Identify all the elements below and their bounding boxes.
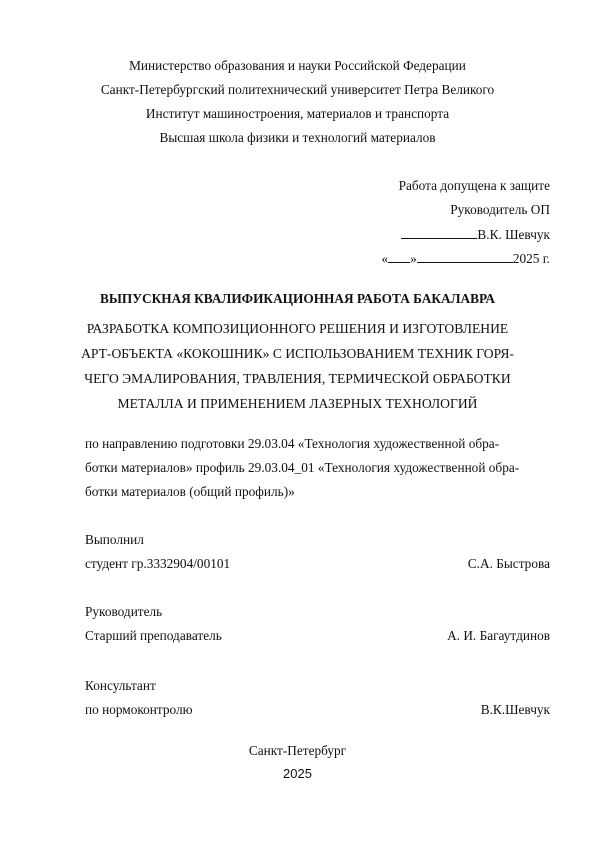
- title-page: Министерство образования и науки Российс…: [0, 0, 595, 841]
- institute-line: Институт машиностроения, материалов и тр…: [0, 106, 595, 122]
- advisor-role: Руководитель: [85, 604, 162, 620]
- work-type-title: ВЫПУСКНАЯ КВАЛИФИКАЦИОННАЯ РАБОТА БАКАЛА…: [0, 291, 595, 307]
- performer-name: С.А. Быстрова: [468, 556, 550, 572]
- supervisor-title: Руководитель ОП: [450, 202, 550, 218]
- quote-close: »: [410, 251, 417, 266]
- direction-line-3: ботки материалов (общий профиль)»: [85, 484, 295, 500]
- supervisor-name: В.К. Шевчук: [477, 227, 550, 242]
- date-line: «»2025 г.: [381, 250, 550, 267]
- topic-line-1: РАЗРАБОТКА КОМПОЗИЦИОННОГО РЕШЕНИЯ И ИЗГ…: [0, 321, 595, 337]
- performer-role: Выполнил: [85, 532, 144, 548]
- advisor-name: А. И. Багаутдинов: [447, 628, 550, 644]
- approval-year: 2025 г.: [513, 251, 550, 266]
- university-line: Санкт-Петербургский политехнический унив…: [0, 82, 595, 98]
- footer-year: 2025: [0, 766, 595, 782]
- supervisor-signature-line: В.К. Шевчук: [401, 226, 550, 243]
- topic-line-2: АРТ-ОБЪЕКТА «КОКОШНИК» С ИСПОЛЬЗОВАНИЕМ …: [0, 346, 595, 362]
- topic-line-4: МЕТАЛЛА И ПРИМЕНЕНИЕМ ЛАЗЕРНЫХ ТЕХНОЛОГИ…: [0, 396, 595, 412]
- direction-line-1: по направлению подготовки 29.03.04 «Техн…: [85, 436, 499, 452]
- signature-blank: [421, 226, 477, 239]
- topic-line-3: ЧЕГО ЭМАЛИРОВАНИЯ, ТРАВЛЕНИЯ, ТЕРМИЧЕСКО…: [0, 371, 595, 387]
- consultant-name: В.К.Шевчук: [481, 702, 550, 718]
- month-blank: [417, 250, 513, 263]
- ministry-line: Министерство образования и науки Российс…: [0, 58, 595, 74]
- signature-blank-short: [401, 226, 421, 239]
- direction-line-2: ботки материалов» профиль 29.03.04_01 «Т…: [85, 460, 519, 476]
- admitted-text: Работа допущена к защите: [399, 178, 550, 194]
- quote-open: «: [381, 251, 388, 266]
- day-blank: [388, 250, 410, 263]
- consultant-role: Консультант: [85, 678, 156, 694]
- school-line: Высшая школа физики и технологий материа…: [0, 130, 595, 146]
- advisor-position: Старший преподаватель: [85, 628, 222, 644]
- consultant-position: по нормоконтролю: [85, 702, 193, 718]
- city: Санкт-Петербург: [0, 743, 595, 759]
- performer-position: студент гр.3332904/00101: [85, 556, 230, 572]
